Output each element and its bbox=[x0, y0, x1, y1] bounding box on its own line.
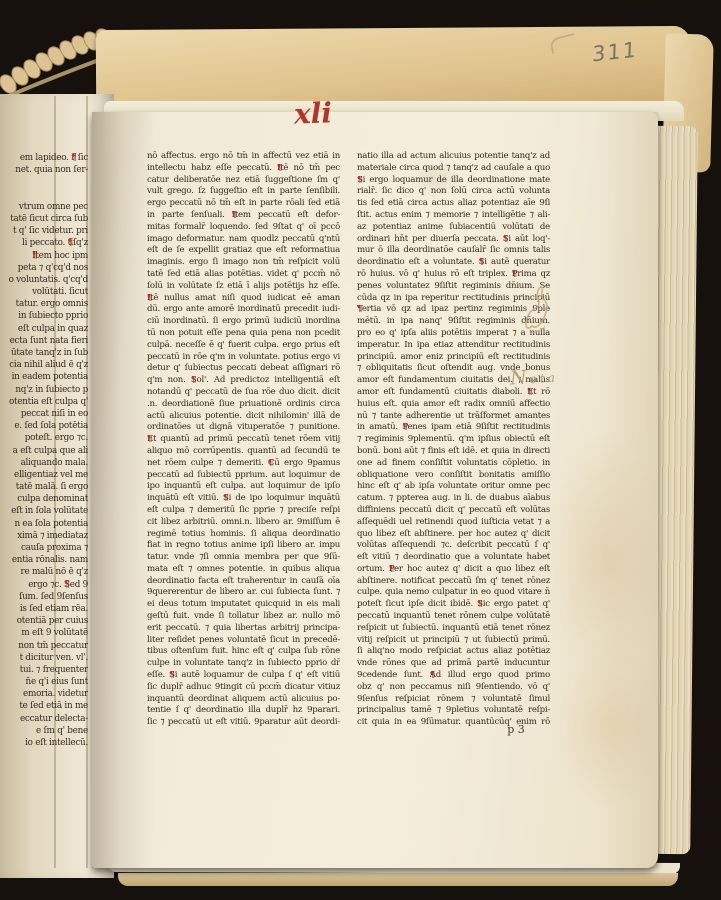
left-page-text-fragments: em lapideo. ¶r ſicnet. quia non ſer- vtr… bbox=[0, 152, 88, 754]
folio-number: xli bbox=[293, 94, 384, 130]
bottom-cover-lip bbox=[118, 873, 678, 886]
text-column-right: natio illa ad actum alicuius potentie ta… bbox=[357, 151, 550, 733]
text-column-left: nō affectus. ergo nō tm̄ in affectū vez … bbox=[147, 151, 340, 733]
nota-marginalia: Nota bbox=[509, 364, 558, 389]
pencil-foliation: 311 bbox=[592, 37, 639, 66]
book-photo: em lapideo. ¶r ſicnet. quia non ſer- vtr… bbox=[0, 0, 721, 900]
margin-flourish-icon bbox=[518, 280, 556, 338]
signature-mark: p 3 bbox=[486, 723, 546, 736]
